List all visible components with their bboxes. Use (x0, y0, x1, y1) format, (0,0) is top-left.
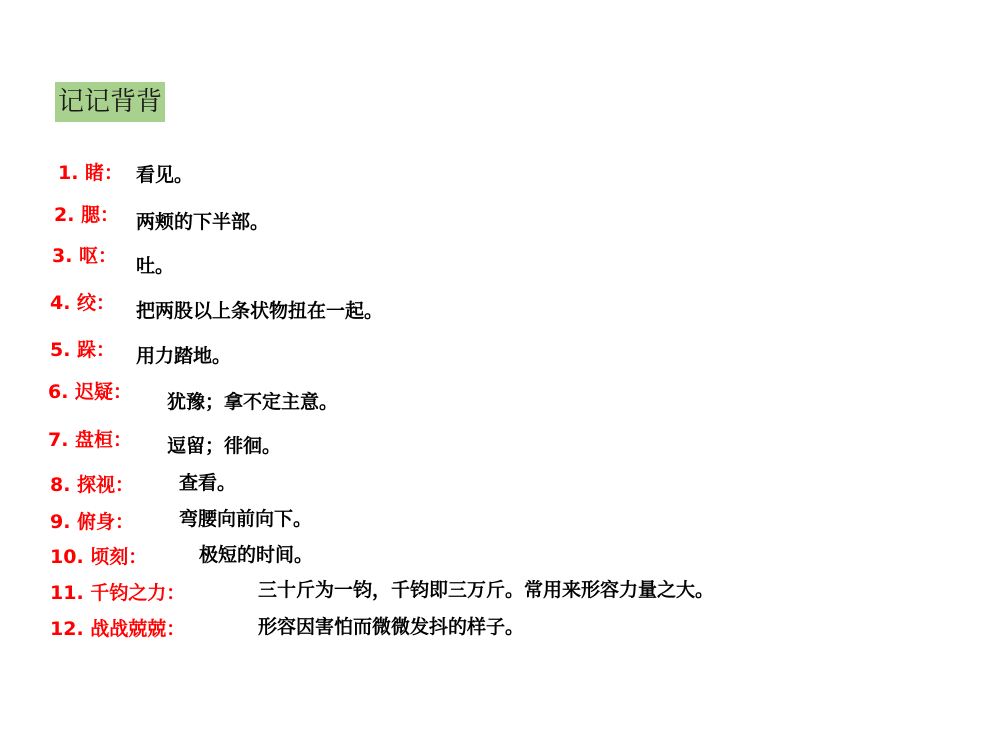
vocab-definition: 查看。 (179, 468, 236, 495)
vocab-term: 1. 睹： (58, 158, 123, 185)
vocab-term: 7. 盘桓： (48, 425, 132, 452)
vocab-definition: 犹豫；拿不定主意。 (167, 387, 338, 414)
vocab-term: 4. 绞： (50, 288, 115, 315)
vocab-definition: 两颊的下半部。 (136, 207, 269, 234)
vocab-definition: 逗留；徘徊。 (167, 431, 281, 458)
vocab-term: 6. 迟疑： (48, 377, 132, 404)
vocab-term: 11. 千钧之力： (50, 578, 185, 605)
vocab-definition: 把两股以上条状物扭在一起。 (136, 296, 383, 323)
vocab-term: 2. 腮： (54, 200, 119, 227)
vocab-term: 12. 战战兢兢： (50, 614, 185, 641)
vocab-definition: 弯腰向前向下。 (179, 504, 312, 531)
vocab-definition: 形容因害怕而微微发抖的样子。 (258, 612, 524, 639)
section-title: 记记背背 (55, 82, 165, 122)
vocab-term: 5. 跺： (50, 335, 115, 362)
vocab-definition: 三十斤为一钧，千钧即三万斤。常用来形容力量之大。 (258, 575, 714, 602)
vocab-definition: 极短的时间。 (199, 540, 313, 567)
vocab-term: 9. 俯身： (50, 507, 134, 534)
vocab-term: 3. 呕： (52, 241, 117, 268)
vocab-term: 8. 探视： (50, 470, 134, 497)
vocab-term: 10. 顷刻： (50, 542, 147, 569)
vocab-definition: 用力踏地。 (136, 341, 231, 368)
vocab-definition: 吐。 (136, 251, 174, 278)
vocab-definition: 看见。 (136, 160, 193, 187)
